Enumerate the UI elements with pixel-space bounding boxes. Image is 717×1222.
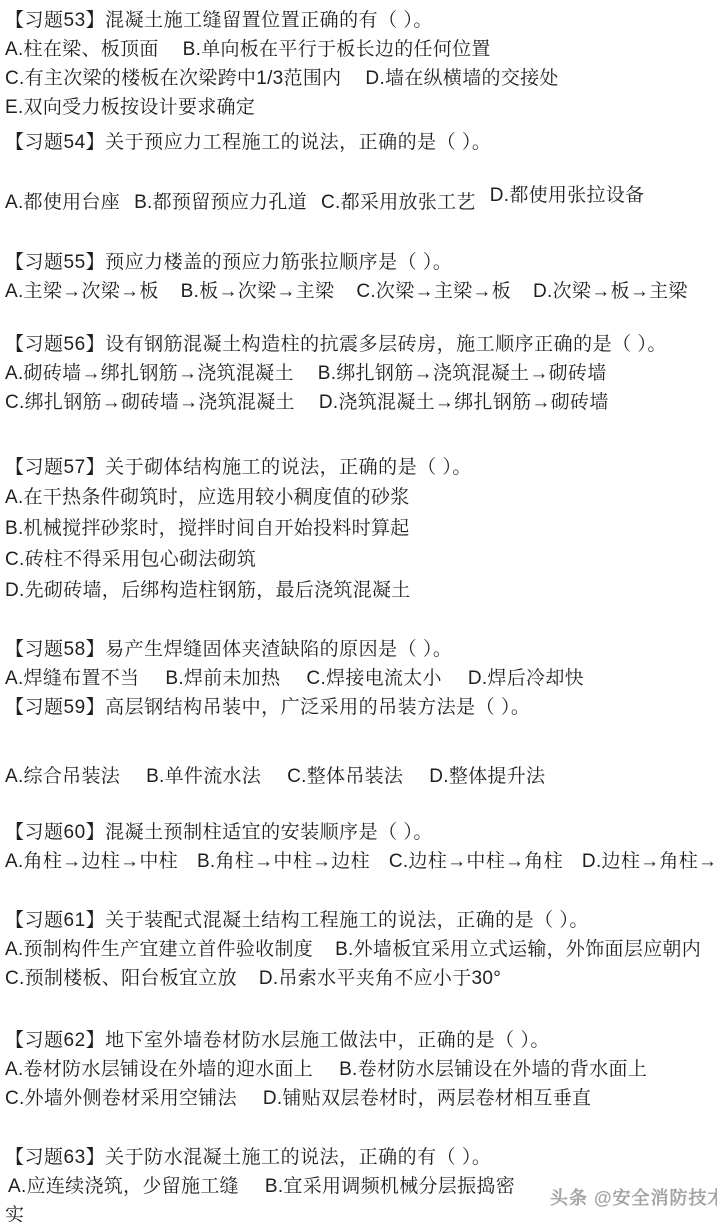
question-title: 【习题59】高层钢结构吊装中，广泛采用的吊装方法是（ ）。 — [5, 693, 713, 722]
option-line: A.砌砖墙→绑扎钢筋→浇筑混凝土B.绑扎钢筋→浇筑混凝土→砌砖墙 — [5, 359, 713, 388]
option-item: B.单件流水法 — [146, 762, 261, 791]
option-item: A.焊缝布置不当 — [5, 664, 139, 693]
option-item: B.绑扎钢筋→浇筑混凝土→砌砖墙 — [318, 359, 607, 388]
option-item: B.焊前未加热 — [165, 664, 280, 693]
option-item: C.预制楼板、阳台板宜立放 — [5, 964, 237, 993]
option-item: C.焊接电流太小 — [306, 664, 441, 693]
option-item: B.卷材防水层铺设在外墙的背水面上 — [339, 1055, 647, 1084]
option-line: C.预制楼板、阳台板宜立放D.吊索水平夹角不应小于30° — [5, 964, 713, 993]
option-line: A.综合吊装法B.单件流水法C.整体吊装法D.整体提升法 — [5, 762, 713, 791]
question-title: 【习题61】关于装配式混凝土结构工程施工的说法，正确的是（ ）。 — [5, 906, 713, 935]
option-line: A.主梁→次梁→板B.板→次梁→主梁C.次梁→主梁→板D.次梁→板→主梁 — [5, 277, 713, 306]
question-title: 【习题57】关于砌体结构施工的说法，正确的是（ ）。 — [5, 453, 713, 482]
option-line: A.都使用台座B.都预留预应力孔道C.都采用放张工艺D.都使用张拉设备 — [5, 188, 713, 217]
option-item: C.边柱→中柱→角柱 — [389, 847, 563, 876]
option-line: A.柱在梁、板顶面B.单向板在平行于板长边的任何位置 — [5, 35, 713, 64]
question-55: 【习题55】预应力楼盖的预应力筋张拉顺序是（ ）。A.主梁→次梁→板B.板→次梁… — [5, 248, 713, 306]
option-item: D.浇筑混凝土→绑扎钢筋→砌砖墙 — [319, 388, 609, 417]
option-item: B.单向板在平行于板长边的任何位置 — [183, 35, 491, 64]
option-line: A.预制构件生产宜建立首件验收制度B.外墙板宜采用立式运输，外饰面层应朝内 — [5, 935, 713, 964]
watermark-text: 头条 @安全消防技术 — [550, 1188, 717, 1208]
option-item: D.先砌砖墙，后绑构造柱钢筋，最后浇筑混凝土 — [5, 575, 411, 606]
option-item: A.卷材防水层铺设在外墙的迎水面上 — [5, 1055, 313, 1084]
question-57: 【习题57】关于砌体结构施工的说法，正确的是（ ）。A.在干热条件砌筑时，应选用… — [5, 453, 713, 606]
option-item: A.综合吊装法 — [5, 762, 120, 791]
question-58: 【习题58】易产生焊缝固体夹渣缺陷的原因是（ ）。A.焊缝布置不当B.焊前未加热… — [5, 635, 713, 693]
question-title: 【习题56】设有钢筋混凝土构造柱的抗震多层砖房，施工顺序正确的是（ ）。 — [5, 330, 713, 359]
question-59: 【习题59】高层钢结构吊装中，广泛采用的吊装方法是（ ）。A.综合吊装法B.单件… — [5, 693, 713, 791]
option-item: B.都预留预应力孔道 — [134, 188, 307, 217]
option-line: E.双向受力板按设计要求确定 — [5, 93, 713, 122]
exam-worksheet: 【习题53】混凝土施工缝留置位置正确的有（ ）。A.柱在梁、板顶面B.单向板在平… — [0, 0, 717, 1222]
question-title: 【习题62】地下室外墙卷材防水层施工做法中，正确的是（ ）。 — [5, 1026, 713, 1055]
option-item: C.砖柱不得采用包心砌法砌筑 — [5, 544, 256, 575]
option-item: D.墙在纵横墙的交接处 — [365, 64, 558, 93]
option-line: B.机械搅拌砂浆时，搅拌时间自开始投料时算起 — [5, 513, 713, 544]
question-title: 【习题63】关于防水混凝土施工的说法，正确的有（ ）。 — [5, 1143, 713, 1172]
option-line: C.有主次梁的楼板在次梁跨中1/3范围内D.墙在纵横墙的交接处 — [5, 64, 713, 93]
question-56: 【习题56】设有钢筋混凝土构造柱的抗震多层砖房，施工顺序正确的是（ ）。A.砌砖… — [5, 330, 713, 417]
option-item: C.绑扎钢筋→砌砖墙→浇筑混凝土 — [5, 388, 295, 417]
option-item: A.都使用台座 — [5, 188, 120, 217]
option-item: D.焊后冷却快 — [468, 664, 584, 693]
question-54: 【习题54】关于预应力工程施工的说法，正确的是（ ）。A.都使用台座B.都预留预… — [5, 128, 713, 217]
option-item: B.角柱→中柱→边柱 — [197, 847, 370, 876]
option-item: B.机械搅拌砂浆时，搅拌时间自开始投料时算起 — [5, 513, 410, 544]
question-61: 【习题61】关于装配式混凝土结构工程施工的说法，正确的是（ ）。A.预制构件生产… — [5, 906, 713, 993]
question-63: 【习题63】关于防水混凝土施工的说法，正确的有（ ）。A.应连续浇筑，少留施工缝… — [5, 1143, 713, 1222]
option-line: C.绑扎钢筋→砌砖墙→浇筑混凝土D.浇筑混凝土→绑扎钢筋→砌砖墙 — [5, 388, 713, 417]
option-item: A.应连续浇筑，少留施工缝 — [5, 1172, 239, 1201]
option-item: D.次梁→板→主梁 — [533, 277, 688, 306]
option-item: C.外墙外侧卷材采用空铺法 — [5, 1084, 237, 1113]
option-line: A.在干热条件砌筑时，应选用较小稠度值的砂浆 — [5, 482, 713, 513]
option-item: A.主梁→次梁→板 — [5, 277, 159, 306]
option-item: A.柱在梁、板顶面 — [5, 35, 159, 64]
option-line: D.先砌砖墙，后绑构造柱钢筋，最后浇筑混凝土 — [5, 575, 713, 606]
question-title: 【习题60】混凝土预制柱适宜的安装顺序是（ ）。 — [5, 818, 713, 847]
question-list: 【习题53】混凝土施工缝留置位置正确的有（ ）。A.柱在梁、板顶面B.单向板在平… — [5, 6, 713, 1222]
option-line: C.外墙外侧卷材采用空铺法D.铺贴双层卷材时，两层卷材相互垂直 — [5, 1084, 713, 1113]
option-item: E.双向受力板按设计要求确定 — [5, 93, 255, 122]
question-53: 【习题53】混凝土施工缝留置位置正确的有（ ）。A.柱在梁、板顶面B.单向板在平… — [5, 6, 713, 122]
question-title: 【习题55】预应力楼盖的预应力筋张拉顺序是（ ）。 — [5, 248, 713, 277]
option-item: A.在干热条件砌筑时，应选用较小稠度值的砂浆 — [5, 482, 410, 513]
option-item: D.都使用张拉设备 — [490, 181, 645, 210]
option-item: B.外墙板宜采用立式运输，外饰面层应朝内 — [335, 935, 701, 964]
question-title: 【习题58】易产生焊缝固体夹渣缺陷的原因是（ ）。 — [5, 635, 713, 664]
option-item: D.吊索水平夹角不应小于30° — [259, 964, 501, 993]
question-60: 【习题60】混凝土预制柱适宜的安装顺序是（ ）。A.角柱→边柱→中柱B.角柱→中… — [5, 818, 713, 876]
question-title: 【习题54】关于预应力工程施工的说法，正确的是（ ）。 — [5, 128, 713, 157]
option-line: A.角柱→边柱→中柱B.角柱→中柱→边柱C.边柱→中柱→角柱D.边柱→角柱→中柱 — [5, 847, 713, 876]
question-62: 【习题62】地下室外墙卷材防水层施工做法中，正确的是（ ）。A.卷材防水层铺设在… — [5, 1026, 713, 1113]
option-item: B.宜采用调频机械分层振捣密 — [265, 1172, 515, 1201]
option-item: 实 — [5, 1201, 24, 1222]
option-item: A.角柱→边柱→中柱 — [5, 847, 178, 876]
option-line: A.焊缝布置不当B.焊前未加热C.焊接电流太小D.焊后冷却快 — [5, 664, 713, 693]
option-item: B.板→次梁→主梁 — [181, 277, 335, 306]
option-item: D.铺贴双层卷材时，两层卷材相互垂直 — [263, 1084, 591, 1113]
watermark: 头条 @安全消防技术 — [550, 1184, 717, 1210]
option-item: A.砌砖墙→绑扎钢筋→浇筑混凝土 — [5, 359, 294, 388]
option-line: C.砖柱不得采用包心砌法砌筑 — [5, 544, 713, 575]
option-item: C.有主次梁的楼板在次梁跨中1/3范围内 — [5, 64, 341, 93]
option-line: A.卷材防水层铺设在外墙的迎水面上B.卷材防水层铺设在外墙的背水面上 — [5, 1055, 713, 1084]
option-item: C.次梁→主梁→板 — [356, 277, 511, 306]
option-item: C.都采用放张工艺 — [321, 188, 476, 217]
question-title: 【习题53】混凝土施工缝留置位置正确的有（ ）。 — [5, 6, 713, 35]
option-item: D.边柱→角柱→中柱 — [582, 847, 717, 876]
option-item: A.预制构件生产宜建立首件验收制度 — [5, 935, 313, 964]
option-item: C.整体吊装法 — [287, 762, 403, 791]
option-item: D.整体提升法 — [429, 762, 545, 791]
